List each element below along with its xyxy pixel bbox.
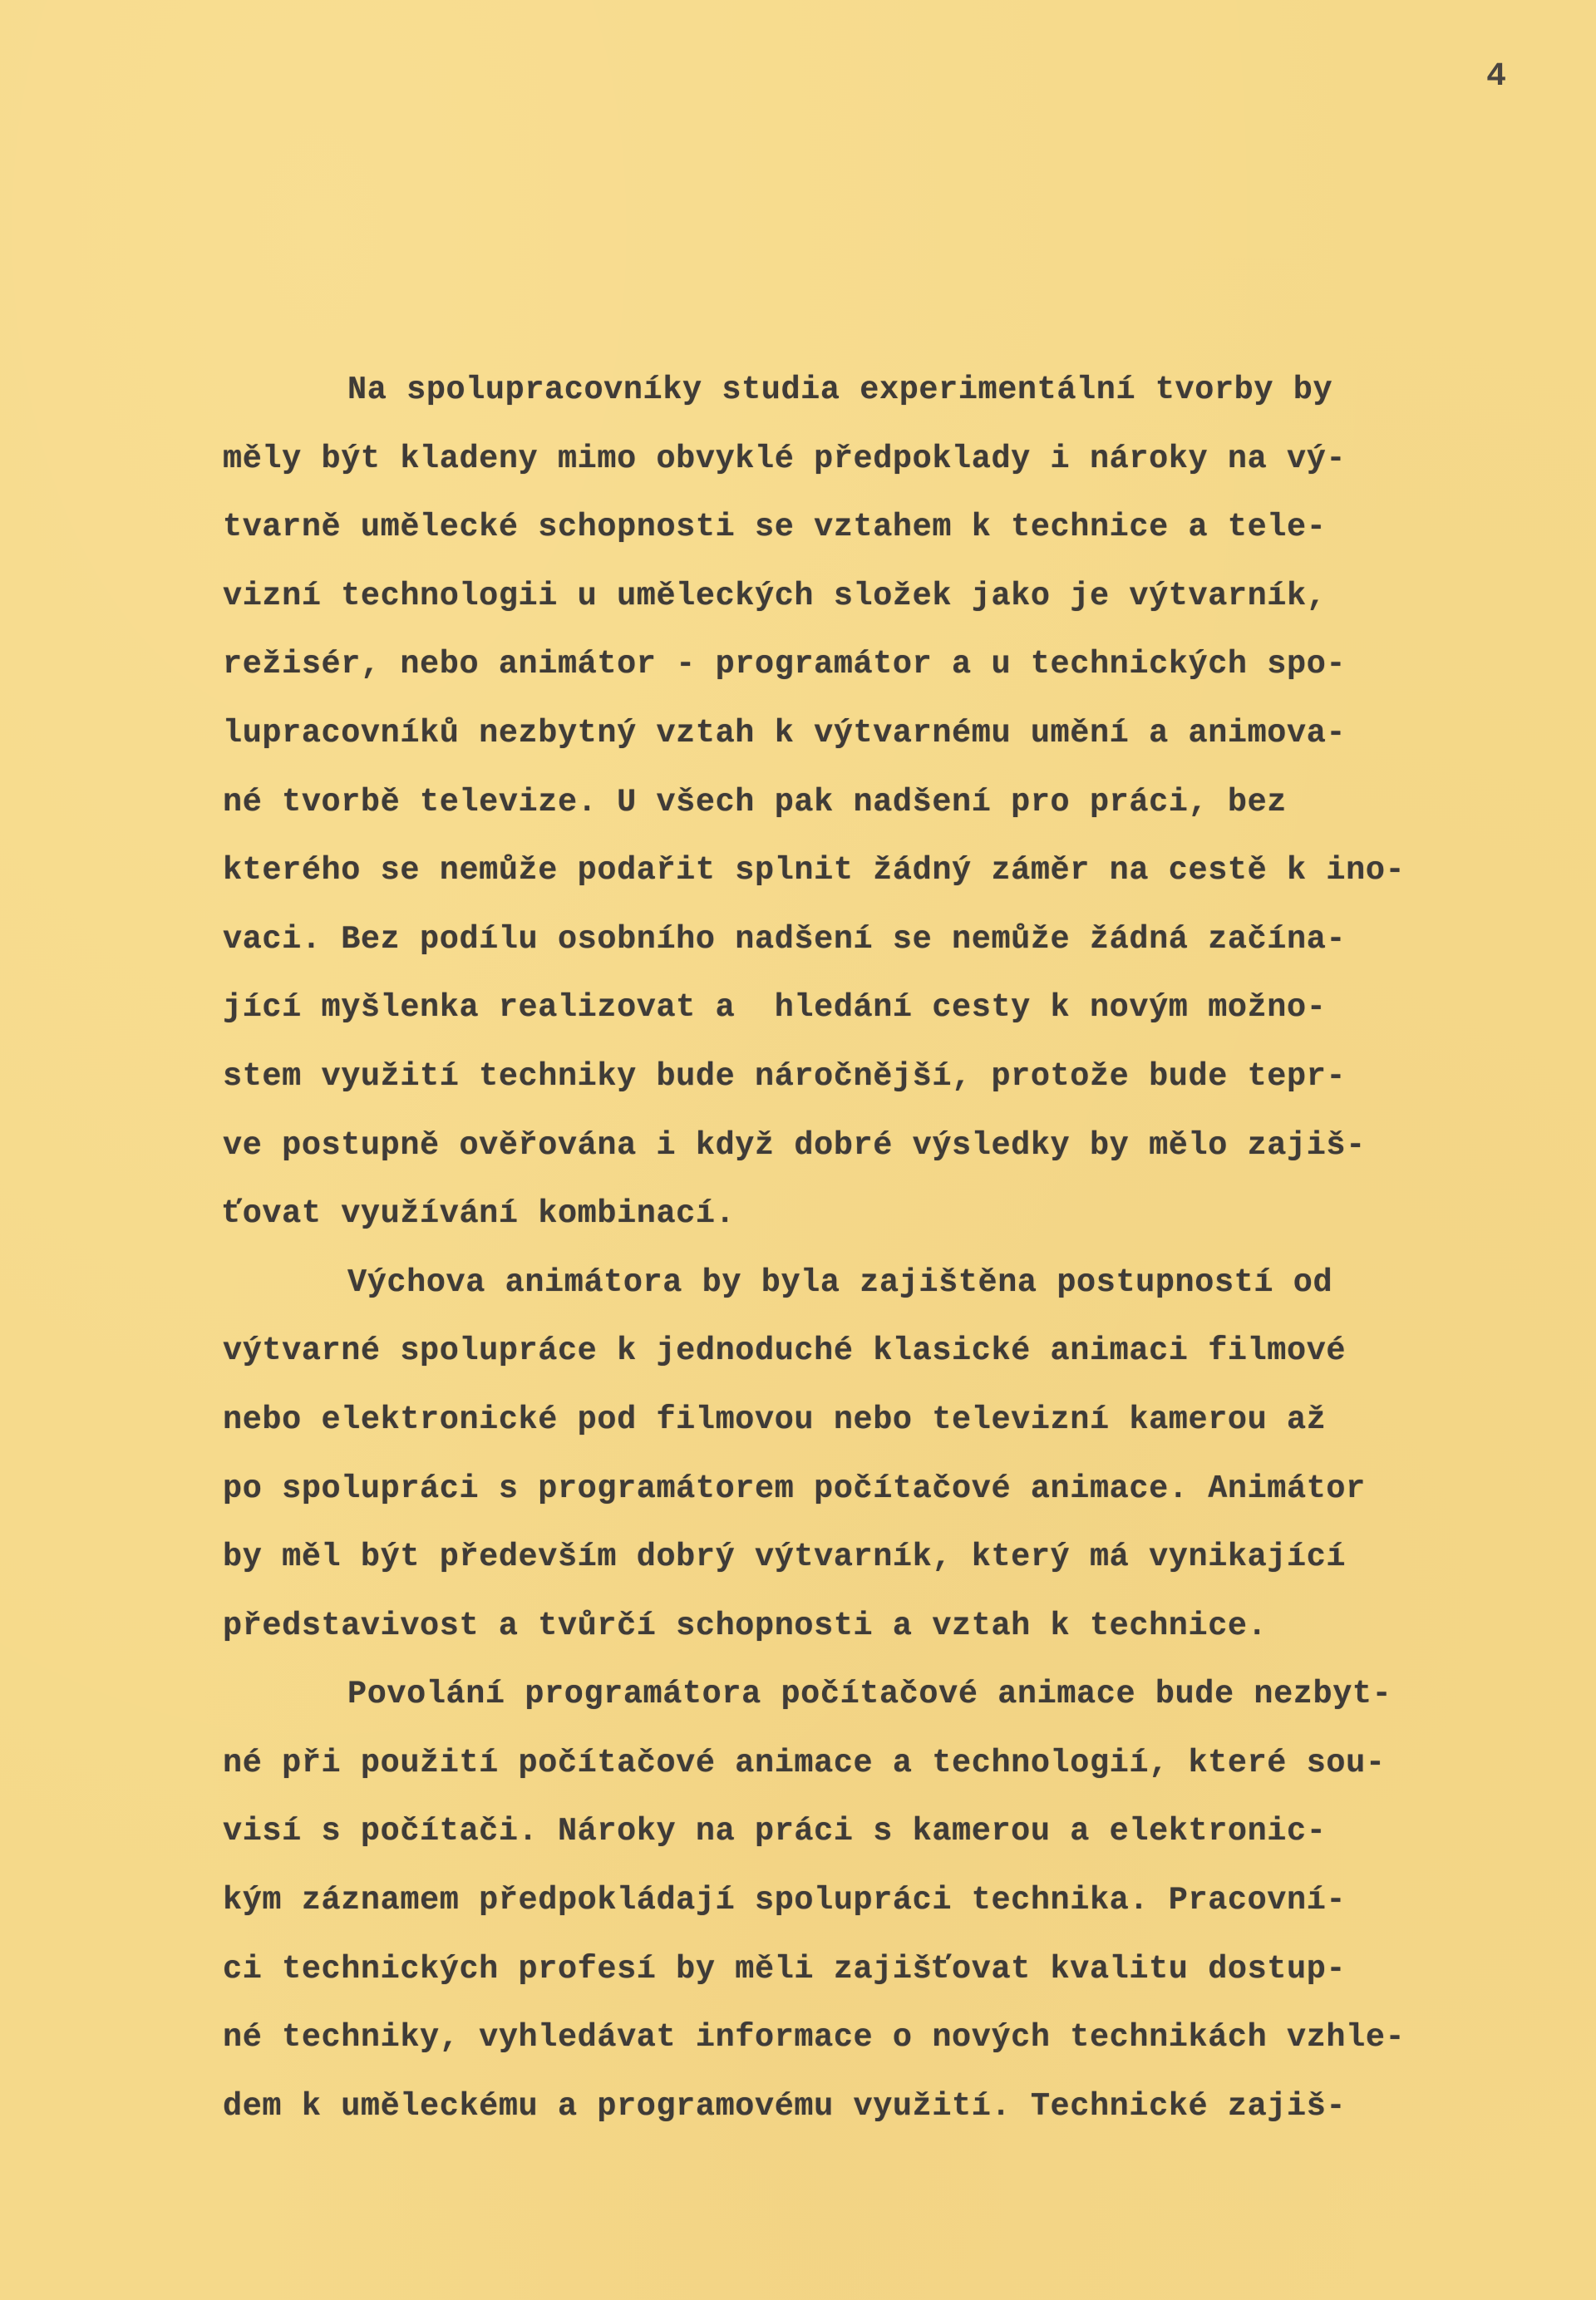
text-line: né techniky, vyhledávat informace o nový… xyxy=(223,2003,1520,2072)
document-body: Na spolupracovníky studia experimentální… xyxy=(223,356,1520,2140)
text-line: ťovat využívání kombinací. xyxy=(223,1180,1520,1249)
text-line: režisér, nebo animátor - programátor a u… xyxy=(223,630,1520,699)
text-line: Výchova animátora by byla zajištěna post… xyxy=(223,1249,1520,1317)
text-line: představivost a tvůrčí schopnosti a vzta… xyxy=(223,1592,1520,1661)
text-line: výtvarné spolupráce k jednoduché klasick… xyxy=(223,1317,1520,1386)
paragraph-2: Výchova animátora by byla zajištěna post… xyxy=(223,1249,1520,1661)
paragraph-3: Povolání programátora počítačové animace… xyxy=(223,1660,1520,2140)
text-line: po spolupráci s programátorem počítačové… xyxy=(223,1455,1520,1524)
text-line: jící myšlenka realizovat a hledání cesty… xyxy=(223,973,1520,1042)
text-line: vaci. Bez podílu osobního nadšení se nem… xyxy=(223,905,1520,974)
text-line: Povolání programátora počítačové animace… xyxy=(223,1660,1520,1729)
text-line: né při použití počítačové animace a tech… xyxy=(223,1729,1520,1798)
paragraph-1: Na spolupracovníky studia experimentální… xyxy=(223,356,1520,1249)
text-line: Na spolupracovníky studia experimentální… xyxy=(223,356,1520,425)
text-line: kým záznamem předpokládají spolupráci te… xyxy=(223,1866,1520,1935)
text-line: visí s počítači. Nároky na práci s kamer… xyxy=(223,1797,1520,1866)
text-line: tvarně umělecké schopnosti se vztahem k … xyxy=(223,493,1520,562)
text-line: lupracovníků nezbytný vztah k výtvarnému… xyxy=(223,699,1520,768)
text-line: ve postupně ověřována i když dobré výsle… xyxy=(223,1111,1520,1180)
text-line: ci technických profesí by měli zajišťova… xyxy=(223,1935,1520,2004)
document-page: 4 Na spolupracovníky studia experimentál… xyxy=(0,0,1596,2300)
text-line: dem k uměleckému a programovému využití.… xyxy=(223,2072,1520,2141)
text-line: kterého se nemůže podařit splnit žádný z… xyxy=(223,836,1520,905)
text-line: měly být kladeny mimo obvyklé předpoklad… xyxy=(223,425,1520,494)
text-line: vizní technologii u uměleckých složek ja… xyxy=(223,562,1520,631)
text-line: né tvorbě televize. U všech pak nadšení … xyxy=(223,768,1520,837)
text-line: stem využití techniky bude náročnější, p… xyxy=(223,1042,1520,1111)
page-number: 4 xyxy=(1486,58,1506,96)
text-line: by měl být především dobrý výtvarník, kt… xyxy=(223,1523,1520,1592)
text-line: nebo elektronické pod filmovou nebo tele… xyxy=(223,1386,1520,1455)
